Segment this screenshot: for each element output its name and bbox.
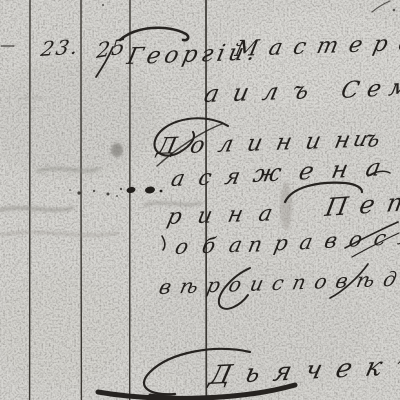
margin-dash: — [0,36,15,54]
word-rina: рина [165,200,291,230]
word-asya: ася [169,163,257,191]
column-rule-1 [30,0,31,400]
register-page-scan: — 23. 25 Георгій. Мастеров аилъ Сем Доли… [0,0,400,400]
entry-number: 23. [38,35,82,61]
word-sem: Сем [339,72,400,103]
word-ail: аилъ [202,75,326,108]
word-pet: Пет [322,186,400,222]
document-canvas: — 23. 25 Георгій. Мастеров аилъ Сем Доли… [0,0,400,400]
